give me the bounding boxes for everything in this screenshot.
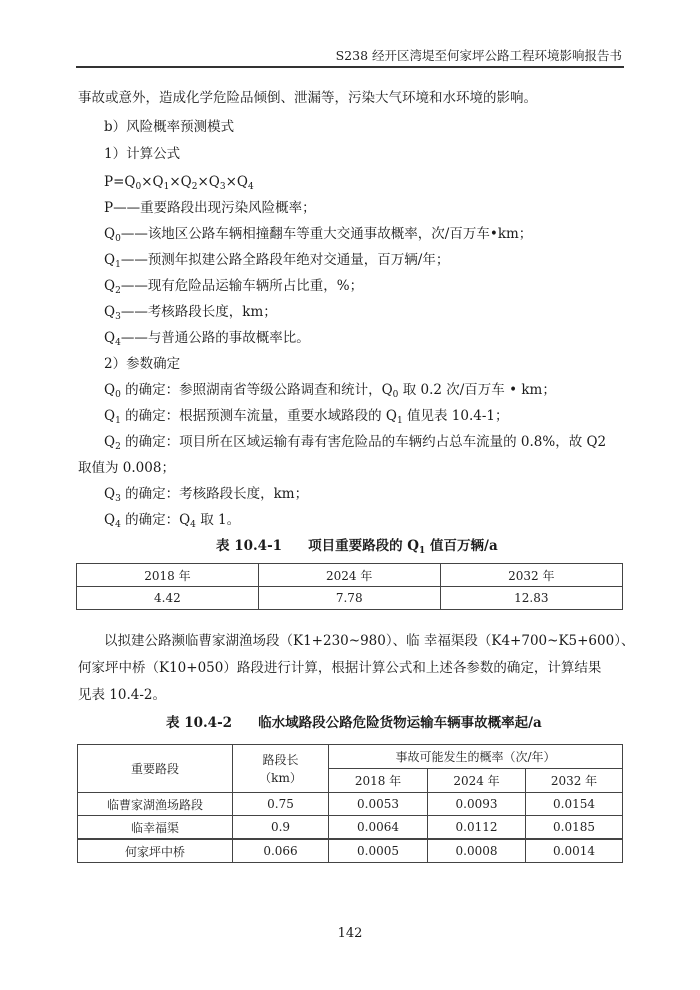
section-heading: b）风险概率预测模式 [104, 118, 234, 136]
table-cell: 0.0154 [526, 793, 623, 816]
definition-q0: Q0——该地区公路车辆相撞翻车等重大交通事故概率，次/百万车•km； [104, 225, 532, 243]
table-cell: 12.83 [440, 587, 622, 610]
table-cell: 7.78 [258, 587, 440, 610]
table-header-cell: 2024 年 [258, 564, 440, 587]
table-row: 何家坪中桥 0.066 0.0005 0.0008 0.0014 [78, 839, 623, 863]
definition-q2: Q2——现有危险品运输车辆所占比重，%； [104, 277, 363, 295]
table1: 2018 年 2024 年 2032 年 4.42 7.78 12.83 [76, 563, 623, 610]
table-header-cell: 路段长（km） [233, 745, 329, 793]
table-cell: 临曹家湖渔场路段 [78, 793, 233, 816]
q2-determination-cont: 取值为 0.008； [78, 459, 175, 477]
table-cell: 0.75 [233, 793, 329, 816]
table-cell: 0.0053 [329, 793, 428, 816]
paragraph: 何家坪中桥（K10+050）路段进行计算，根据计算公式和上述各参数的确定，计算结… [78, 659, 601, 677]
table-cell: 4.42 [77, 587, 259, 610]
definition-p: P——重要路段出现污染风险概率； [104, 199, 316, 217]
subsection-heading: 2）参数确定 [104, 355, 180, 373]
q3-determination: Q3 的确定：考核路段长度，km； [104, 485, 308, 503]
table-cell: 0.066 [233, 839, 329, 863]
paragraph: 事故或意外，造成化学危险品倾倒、泄漏等，污染大气环境和水环境的影响。 [78, 89, 537, 107]
paragraph: 以拟建公路濒临曹家湖渔场段（K1+230~980）、临 幸福渠段（K4+700~… [104, 632, 634, 650]
formula: P=Q0×Q1×Q2×Q3×Q4 [104, 173, 254, 191]
table-header-cell: 重要路段 [78, 745, 233, 793]
q1-determination: Q1 的确定：根据预测车流量，重要水域路段的 Q1 值见表 10.4-1； [104, 407, 509, 425]
table-row: 4.42 7.78 12.83 [77, 587, 623, 610]
q0-determination: Q0 的确定：参照湖南省等级公路调查和统计，Q0 取 0.2 次/百万车 • k… [104, 381, 556, 399]
table-cell: 0.0064 [329, 816, 428, 840]
table-header-cell: 2024 年 [428, 769, 526, 793]
table-header-cell: 2032 年 [440, 564, 622, 587]
table-header-cell: 2018 年 [77, 564, 259, 587]
paragraph: 见表 10.4-2。 [78, 686, 166, 704]
table1-caption: 表 10.4-1项目重要路段的 Q1 值百万辆/a [216, 537, 498, 555]
table-cell: 0.0093 [428, 793, 526, 816]
table-cell: 0.0005 [329, 839, 428, 863]
definition-q4: Q4——与普通公路的事故概率比。 [104, 329, 310, 347]
q4-determination: Q4 的确定：Q4 取 1。 [104, 511, 240, 529]
table-row: 临幸福渠 0.9 0.0064 0.0112 0.0185 [78, 816, 623, 840]
definition-q3: Q3——考核路段长度，km； [104, 303, 277, 321]
table-cell: 0.0014 [526, 839, 623, 863]
q2-determination: Q2 的确定：项目所在区域运输有毒有害危险品的车辆约占总车流量的 0.8%，故 … [104, 433, 606, 451]
table-cell: 何家坪中桥 [78, 839, 233, 863]
table-header-row: 重要路段 路段长（km） 事故可能发生的概率（次/年） [78, 745, 623, 769]
table-cell: 0.0185 [526, 816, 623, 840]
table-cell: 临幸福渠 [78, 816, 233, 840]
table-cell: 0.0112 [428, 816, 526, 840]
table-row: 临曹家湖渔场路段 0.75 0.0053 0.0093 0.0154 [78, 793, 623, 816]
table-header-cell: 2032 年 [526, 769, 623, 793]
table-header-row: 2018 年 2024 年 2032 年 [77, 564, 623, 587]
definition-q1: Q1——预测年拟建公路全路段年绝对交通量，百万辆/年； [104, 251, 449, 269]
subsection-heading: 1）计算公式 [104, 145, 180, 163]
header-rule [76, 66, 624, 68]
table-header-cell: 2018 年 [329, 769, 428, 793]
table-cell: 0.9 [233, 816, 329, 840]
page-number: 142 [0, 926, 700, 941]
table2: 重要路段 路段长（km） 事故可能发生的概率（次/年） 2018 年 2024 … [77, 744, 623, 863]
table-header-cell: 事故可能发生的概率（次/年） [329, 745, 623, 769]
table-cell: 0.0008 [428, 839, 526, 863]
table2-caption: 表 10.4-2临水域路段公路危险货物运输车辆事故概率起/a [166, 714, 542, 732]
running-header: S238 经开区湾堤至何家坪公路工程环境影响报告书 [76, 48, 622, 64]
